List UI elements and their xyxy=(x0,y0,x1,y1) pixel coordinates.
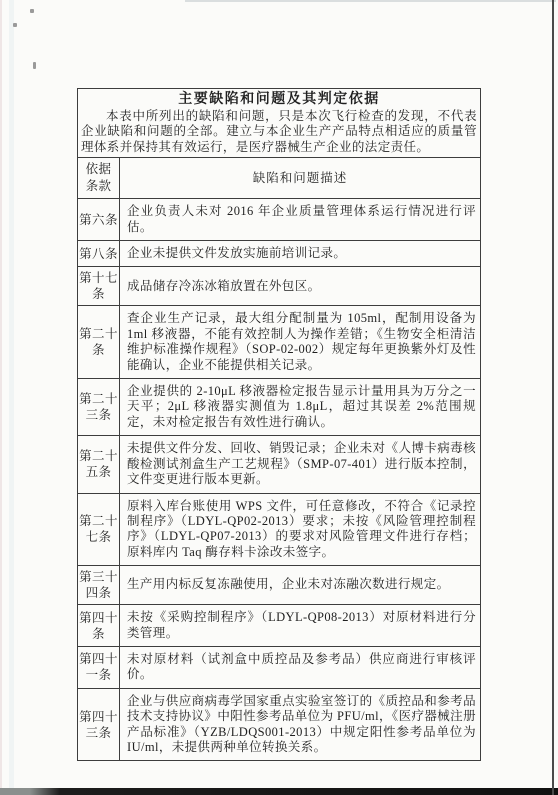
clause-cell: 第八条 xyxy=(78,241,120,266)
description-cell: 生产用内标反复冻融使用，企业未对冻融次数进行规定。 xyxy=(120,566,480,604)
page-title: 主要缺陷和问题及其判定依据 xyxy=(80,90,478,108)
table-row: 第三十四条 生产用内标反复冻融使用，企业未对冻融次数进行规定。 xyxy=(78,565,480,604)
description-cell: 未提供文件分发、回收、销毁记录；企业未对《人博卡病毒核酸检测试剂盒生产工艺规程》… xyxy=(120,436,480,492)
clause-cell: 第二十七条 xyxy=(78,494,120,566)
clause-cell: 第二十条 xyxy=(78,306,120,378)
scanned-document-page: 主要缺陷和问题及其判定依据 本表中所列出的缺陷和问题，只是本次飞行检查的发现，不… xyxy=(0,0,558,795)
clause-cell: 第六条 xyxy=(78,199,120,240)
scan-bottom-edge-band xyxy=(0,788,558,795)
intro-paragraph: 本表中所列出的缺陷和问题，只是本次飞行检查的发现，不代表企业缺陷和问题的全部。建… xyxy=(81,109,477,155)
description-cell: 未对原材料（试剂盒中质控品及参考品）供应商进行审核评价。 xyxy=(120,647,480,688)
description-cell: 未按《采购控制程序》（LDYL-QP08-2013）对原材料进行分类管理。 xyxy=(120,605,480,646)
clause-cell: 第四十三条 xyxy=(78,689,120,761)
clause-cell: 第四十一条 xyxy=(78,647,120,688)
table-row: 第四十条 未按《采购控制程序》（LDYL-QP08-2013）对原材料进行分类管… xyxy=(78,604,480,646)
scan-top-edge-line xyxy=(185,0,556,2)
table-row: 第二十三条 企业提供的 2-10μL 移液器检定报告显示计量用具为万分之一天平；… xyxy=(78,378,480,435)
description-cell: 原料入库台账使用 WPS 文件，可任意修改，不符合《记录控制程序》（LDYL-Q… xyxy=(120,494,480,566)
table-header-row: 依据条款 缺陷和问题描述 xyxy=(78,157,480,198)
table-title-block: 主要缺陷和问题及其判定依据 本表中所列出的缺陷和问题，只是本次飞行检查的发现，不… xyxy=(78,89,480,157)
clause-header-cell: 依据条款 xyxy=(78,158,120,198)
clause-cell: 第二十三条 xyxy=(78,379,120,435)
description-cell: 企业与供应商病毒学国家重点实验室签订的《质控品和参考品技术支持协议》中阳性参考品… xyxy=(120,689,480,761)
clause-header-label: 依据条款 xyxy=(85,161,113,195)
scan-right-edge-line xyxy=(552,0,554,795)
defects-table: 主要缺陷和问题及其判定依据 本表中所列出的缺陷和问题，只是本次飞行检查的发现，不… xyxy=(77,88,481,761)
table-row: 第四十一条 未对原材料（试剂盒中质控品及参考品）供应商进行审核评价。 xyxy=(78,646,480,688)
description-cell: 企业提供的 2-10μL 移液器检定报告显示计量用具为万分之一天平；2μL 移液… xyxy=(120,379,480,435)
description-header-label: 缺陷和问题描述 xyxy=(253,171,348,186)
scan-speck xyxy=(30,9,34,13)
table-row: 第六条 企业负责人未对 2016 年企业质量管理体系运行情况进行评估。 xyxy=(78,198,480,240)
table-row: 第八条 企业未提供文件发放实施前培训记录。 xyxy=(78,240,480,266)
table-row: 第十七条 成品储存冷冻冰箱放置在外包区。 xyxy=(78,266,480,305)
scan-left-edge-band xyxy=(9,0,14,795)
description-cell: 企业未提供文件发放实施前培训记录。 xyxy=(120,241,480,266)
description-header-cell: 缺陷和问题描述 xyxy=(120,158,480,198)
clause-cell: 第四十条 xyxy=(78,605,120,646)
scan-speck xyxy=(33,62,36,69)
description-cell: 成品储存冷冻冰箱放置在外包区。 xyxy=(120,267,480,305)
clause-cell: 第二十五条 xyxy=(78,436,120,492)
table-row: 第二十条 查企业生产记录，最大组分配制量为 105ml，配制用设备为 1ml 移… xyxy=(78,305,480,378)
table-row: 第二十七条 原料入库台账使用 WPS 文件，可任意修改，不符合《记录控制程序》（… xyxy=(78,493,480,566)
description-cell: 查企业生产记录，最大组分配制量为 105ml，配制用设备为 1ml 移液器，不能… xyxy=(120,306,480,378)
table-row: 第二十五条 未提供文件分发、回收、销毁记录；企业未对《人博卡病毒核酸检测试剂盒生… xyxy=(78,435,480,492)
clause-cell: 第三十四条 xyxy=(78,566,120,604)
description-cell: 企业负责人未对 2016 年企业质量管理体系运行情况进行评估。 xyxy=(120,199,480,240)
clause-cell: 第十七条 xyxy=(78,267,120,305)
scan-speck xyxy=(13,23,17,27)
scan-left-edge-line xyxy=(0,0,2,795)
table-row: 第四十三条 企业与供应商病毒学国家重点实验室签订的《质控品和参考品技术支持协议》… xyxy=(78,688,480,761)
